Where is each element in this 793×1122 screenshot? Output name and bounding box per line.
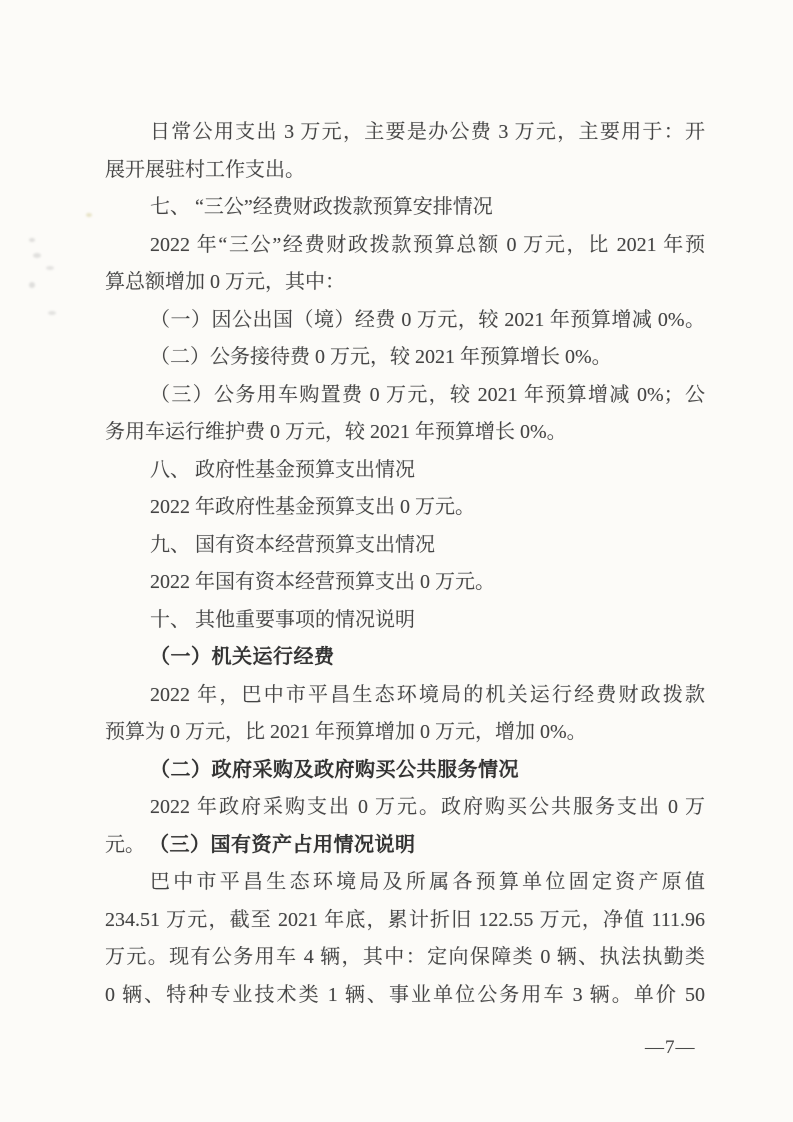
body-line: （一）因公出国（境）经费 0 万元，较 2021 年预算增减 0%。 — [105, 302, 705, 340]
section-heading-9: 九、 国有资本经营预算支出情况 — [105, 527, 705, 565]
section-heading-7: 七、 “三公”经费财政拨款预算安排情况 — [105, 189, 705, 227]
section-heading-8: 八、 政府性基金预算支出情况 — [105, 452, 705, 490]
body-line: 2022 年国有资本经营预算支出 0 万元。 — [105, 564, 705, 602]
body-line: 算总额增加 0 万元，其中： — [105, 264, 705, 302]
body-line: 2022 年“三公”经费财政拨款预算总额 0 万元，比 2021 年预 — [105, 227, 705, 265]
body-line: 2022 年政府采购支出 0 万元。政府购买公共服务支出 0 万 — [105, 789, 705, 827]
body-line: 巴中市平昌生态环境局及所属各预算单位固定资产原值 — [105, 864, 705, 902]
subsection-heading: （三）国有资产占用情况说明 — [159, 834, 416, 856]
body-line: 展开展驻村工作支出。 — [105, 152, 705, 190]
subsection-heading: （一）机关运行经费 — [105, 639, 705, 677]
line-prefix: 元。 — [105, 834, 145, 856]
body-line: 2022 年政府性基金预算支出 0 万元。 — [105, 489, 705, 527]
body-line: 0 辆、特种专业技术类 1 辆、事业单位公务用车 3 辆。单价 50 — [105, 977, 705, 1015]
body-line: 2022 年，巴中市平昌生态环境局的机关运行经费财政拨款 — [105, 677, 705, 715]
page-number: —7— — [645, 1036, 696, 1060]
document-text-block: 日常公用支出 3 万元，主要是办公费 3 万元，主要用于：开 展开展驻村工作支出… — [105, 114, 705, 1014]
body-line: 日常公用支出 3 万元，主要是办公费 3 万元，主要用于：开 — [105, 114, 705, 152]
body-line: 万元。现有公务用车 4 辆，其中：定向保障类 0 辆、执法执勤类 — [105, 939, 705, 977]
body-line: 务用车运行维护费 0 万元，较 2021 年预算增长 0%。 — [105, 414, 705, 452]
body-line: （三）公务用车购置费 0 万元，较 2021 年预算增减 0%；公 — [105, 377, 705, 415]
body-line: 元。（三）国有资产占用情况说明 — [105, 827, 705, 865]
subsection-heading: （二）政府采购及政府购买公共服务情况 — [105, 752, 705, 790]
body-line: 234.51 万元，截至 2021 年底，累计折旧 122.55 万元，净值 1… — [105, 902, 705, 940]
section-heading-10: 十、 其他重要事项的情况说明 — [105, 602, 705, 640]
body-line: （二）公务接待费 0 万元，较 2021 年预算增长 0%。 — [105, 339, 705, 377]
body-line: 预算为 0 万元，比 2021 年预算增加 0 万元，增加 0%。 — [105, 714, 705, 752]
scanned-page: { "colors": { "paper": "#fcfbf8", "ink":… — [0, 0, 793, 1122]
